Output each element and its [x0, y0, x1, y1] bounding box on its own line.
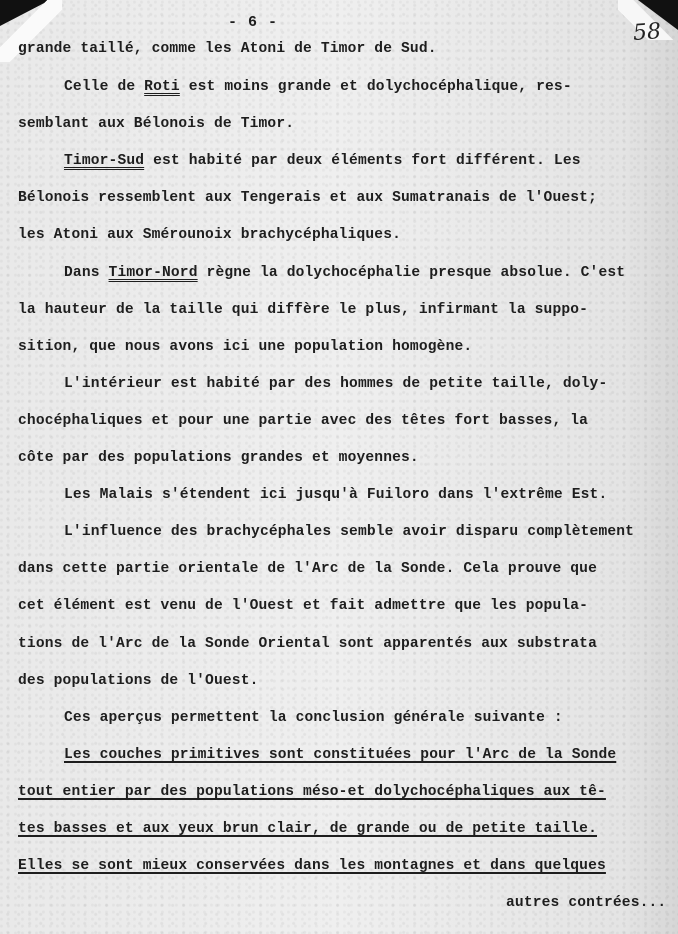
- text-line: Les couches primitives sont constituées …: [64, 746, 616, 764]
- underlined-place-name: Timor-Nord: [109, 265, 198, 281]
- text-line: Bélonois ressemblent aux Tengerais et au…: [18, 189, 597, 207]
- text-line: cet élément est venu de l'Ouest et fait …: [18, 597, 588, 615]
- underlined-text: Elles se sont mieux conservées dans les …: [18, 858, 606, 874]
- text-line: autres contrées...: [506, 894, 666, 912]
- text-line: Elles se sont mieux conservées dans les …: [18, 857, 606, 875]
- text-line: tions de l'Arc de la Sonde Oriental sont…: [18, 635, 597, 653]
- text-segment: Celle de: [64, 79, 144, 95]
- text-line: des populations de l'Ouest.: [18, 672, 259, 690]
- underlined-place-name: Timor-Sud: [64, 153, 144, 169]
- underlined-text: tout entier par des populations méso-et …: [18, 784, 606, 800]
- text-line: Dans Timor-Nord règne la dolychocéphalie…: [64, 264, 625, 282]
- text-line: sition, que nous avons ici une populatio…: [18, 338, 472, 356]
- text-segment: Dans: [64, 265, 109, 281]
- underlined-text: Les couches primitives sont constituées …: [64, 747, 616, 763]
- text-line: Ces aperçus permettent la conclusion gén…: [64, 709, 563, 727]
- text-line: Les Malais s'étendent ici jusqu'à Fuilor…: [64, 486, 607, 504]
- text-line: tes basses et aux yeux brun clair, de gr…: [18, 820, 597, 838]
- underlined-text: tes basses et aux yeux brun clair, de gr…: [18, 821, 597, 837]
- text-segment: règne la dolychocéphalie presque absolue…: [198, 265, 626, 281]
- document-page: - 6 - 58 grande taillé, comme les Atoni …: [0, 0, 678, 934]
- text-segment: est moins grande et dolychocéphalique, r…: [180, 79, 572, 95]
- text-segment: est habité par deux éléments fort différ…: [144, 153, 580, 169]
- page-number: - 6 -: [228, 14, 278, 31]
- text-line: les Atoni aux Smérounoix brachycéphaliqu…: [18, 226, 401, 244]
- text-line: tout entier par des populations méso-et …: [18, 783, 606, 801]
- text-line: semblant aux Bélonois de Timor.: [18, 115, 294, 133]
- handwritten-folio-number: 58: [632, 19, 662, 46]
- text-line: Timor-Sud est habité par deux éléments f…: [64, 152, 581, 170]
- text-line: dans cette partie orientale de l'Arc de …: [18, 560, 597, 578]
- text-line: grande taillé, comme les Atoni de Timor …: [18, 40, 437, 58]
- text-line: chocéphaliques et pour une partie avec d…: [18, 412, 588, 430]
- text-line: la hauteur de la taille qui diffère le p…: [18, 301, 588, 319]
- text-line: L'influence des brachycéphales semble av…: [64, 523, 634, 541]
- text-line: côte par des populations grandes et moye…: [18, 449, 419, 467]
- underlined-place-name: Roti: [144, 79, 180, 95]
- text-line: Celle de Roti est moins grande et dolych…: [64, 78, 572, 96]
- text-line: L'intérieur est habité par des hommes de…: [64, 375, 607, 393]
